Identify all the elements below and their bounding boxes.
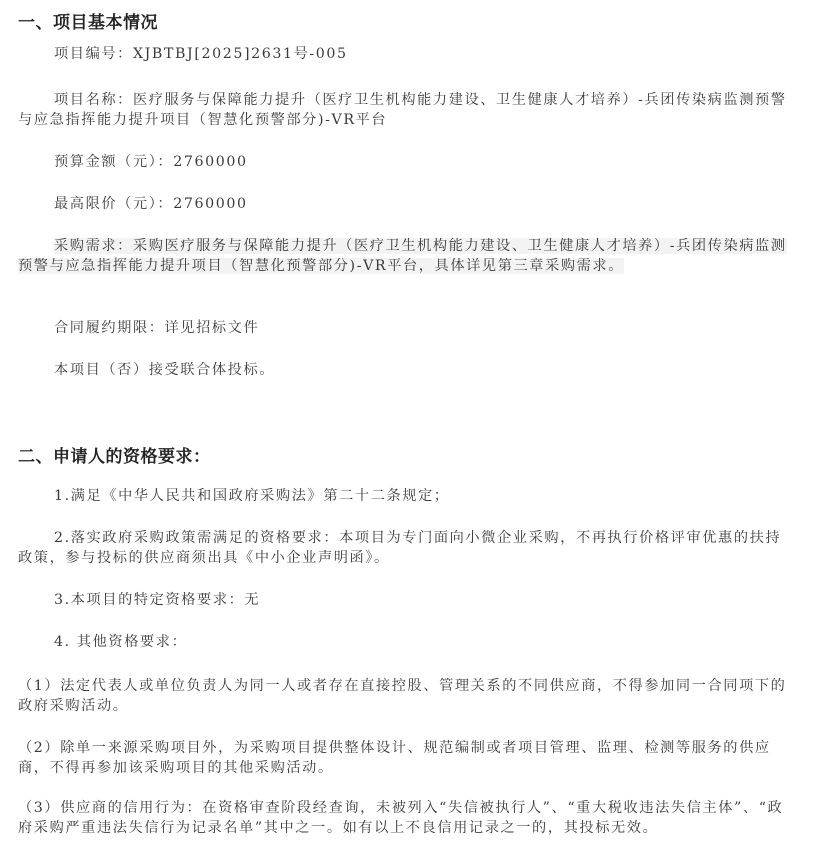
consortium-bidding: 本项目（否）接受联合体投标。 [18, 360, 790, 380]
project-number: 项目编号：XJBTBJ[2025]2631号-005 [18, 44, 790, 64]
other-requirement-3: （3）供应商的信用行为：在资格审查阶段经查询，未被列入“失信被执行人”、“重大税… [18, 798, 790, 838]
contract-period: 合同履约期限：详见招标文件 [18, 318, 790, 338]
requirement-3: 3.本项目的特定资格要求：无 [18, 590, 790, 610]
procurement-need: 采购需求：采购医疗服务与保障能力提升（医疗卫生机构能力建设、卫生健康人才培养）-… [18, 236, 790, 276]
section-heading-basic-info: 一、项目基本情况 [18, 8, 158, 33]
requirement-1: 1.满足《中华人民共和国政府采购法》第二十二条规定； [18, 486, 790, 506]
budget-amount: 预算金额（元）：2760000 [18, 152, 790, 172]
requirement-4: 4. 其他资格要求： [18, 632, 790, 652]
project-name: 项目名称：医疗服务与保障能力提升（医疗卫生机构能力建设、卫生健康人才培养）-兵团… [18, 90, 790, 130]
section-heading-qualifications: 二、申请人的资格要求： [18, 442, 211, 467]
max-price: 最高限价（元）：2760000 [18, 194, 790, 214]
procurement-need-text: 采购需求：采购医疗服务与保障能力提升（医疗卫生机构能力建设、卫生健康人才培养）-… [18, 238, 787, 274]
other-requirement-1: （1）法定代表人或单位负责人为同一人或者存在直接控股、管理关系的不同供应商，不得… [18, 676, 790, 716]
requirement-2: 2.落实政府采购政策需满足的资格要求：本项目为专门面向小微企业采购，不再执行价格… [18, 528, 790, 568]
other-requirement-2: （2）除单一来源采购项目外，为采购项目提供整体设计、规范编制或者项目管理、监理、… [18, 738, 790, 778]
